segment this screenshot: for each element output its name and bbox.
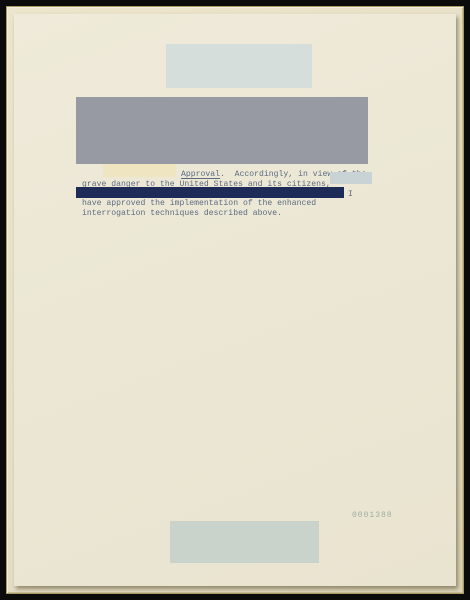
- typed-line-5: interrogation techniques described above…: [82, 209, 282, 218]
- approval-heading: Approval: [181, 170, 220, 179]
- document-paper: Approval. Accordingly, in view of the gr…: [14, 14, 456, 586]
- redaction-inline-small: [330, 172, 372, 184]
- redaction-block-large-gray: [76, 97, 368, 164]
- typed-line-3: I: [348, 190, 353, 199]
- redaction-block-top: [166, 44, 312, 88]
- typed-line-4: have approved the implementation of the …: [82, 199, 316, 208]
- page-number-stamp: 0001388: [352, 511, 393, 520]
- artwork-photo: Approval. Accordingly, in view of the gr…: [0, 0, 470, 600]
- highlight-box-yellow: [103, 164, 176, 177]
- redaction-bar-navy: [76, 187, 344, 198]
- redaction-block-bottom: [170, 521, 319, 563]
